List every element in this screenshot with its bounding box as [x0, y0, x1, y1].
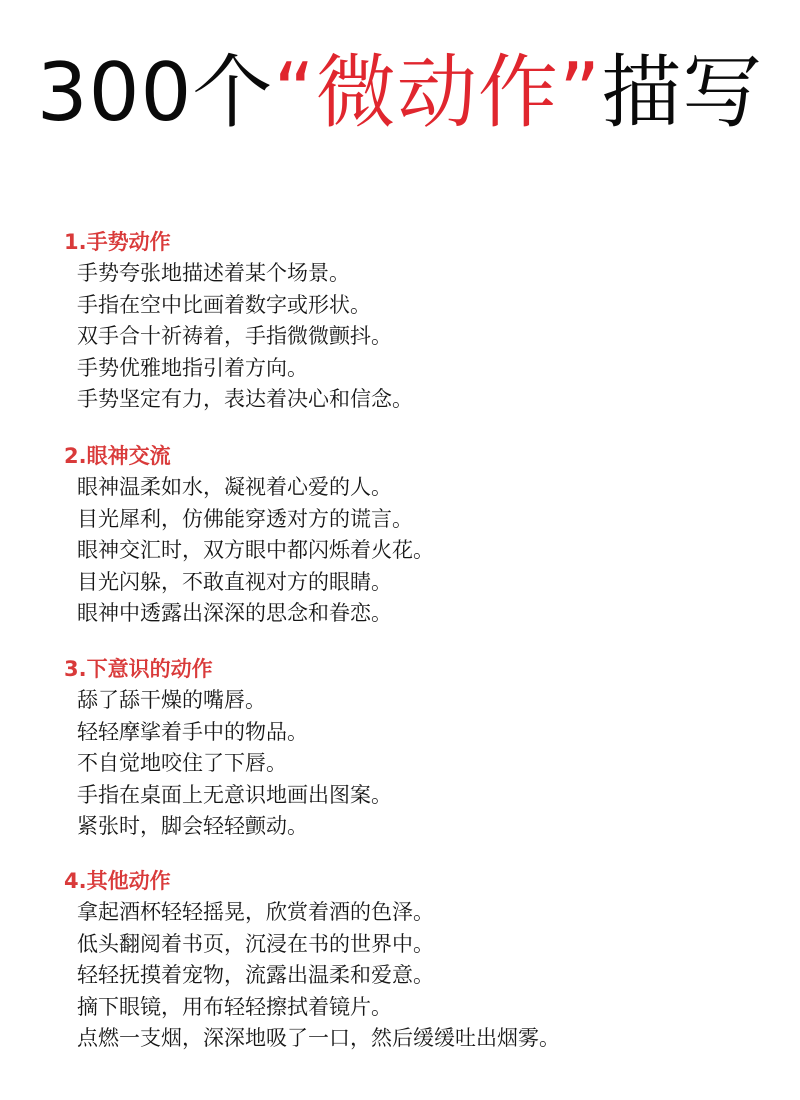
- list-item: 眼神交汇时，双方眼中都闪烁着火花。: [77, 535, 434, 567]
- list-item: 紧张时，脚会轻轻颤动。: [77, 811, 392, 843]
- section-subconscious: 3.下意识的动作 舔了舔干燥的嘴唇。 轻轻摩挲着手中的物品。 不自觉地咬住了下唇…: [64, 653, 392, 843]
- list-item: 轻轻摩挲着手中的物品。: [77, 717, 392, 749]
- list-item: 手指在桌面上无意识地画出图案。: [77, 780, 392, 812]
- section-heading: 4.其他动作: [64, 865, 560, 897]
- list-item: 目光闪躲，不敢直视对方的眼睛。: [77, 567, 434, 599]
- list-item: 双手合十祈祷着，手指微微颤抖。: [77, 321, 413, 353]
- page-title: 300个“微动作”描写: [0, 48, 800, 138]
- list-item: 眼神中透露出深深的思念和眷恋。: [77, 598, 434, 630]
- list-item: 拿起酒杯轻轻摇晃，欣赏着酒的色泽。: [77, 897, 560, 929]
- section-gesture: 1.手势动作 手势夸张地描述着某个场景。 手指在空中比画着数字或形状。 双手合十…: [64, 226, 413, 416]
- list-item: 目光犀利，仿佛能穿透对方的谎言。: [77, 504, 434, 536]
- section-other: 4.其他动作 拿起酒杯轻轻摇晃，欣赏着酒的色泽。 低头翻阅着书页，沉浸在书的世界…: [64, 865, 560, 1055]
- list-item: 手势夸张地描述着某个场景。: [77, 258, 413, 290]
- list-item: 低头翻阅着书页，沉浸在书的世界中。: [77, 929, 560, 961]
- section-eye-contact: 2.眼神交流 眼神温柔如水，凝视着心爱的人。 目光犀利，仿佛能穿透对方的谎言。 …: [64, 440, 434, 630]
- list-item: 轻轻抚摸着宠物，流露出温柔和爱意。: [77, 960, 560, 992]
- list-item: 不自觉地咬住了下唇。: [77, 748, 392, 780]
- list-item: 手指在空中比画着数字或形状。: [77, 290, 413, 322]
- section-heading: 2.眼神交流: [64, 440, 434, 472]
- section-heading: 1.手势动作: [64, 226, 413, 258]
- section-heading: 3.下意识的动作: [64, 653, 392, 685]
- list-item: 眼神温柔如水，凝视着心爱的人。: [77, 472, 434, 504]
- title-suffix: 描写: [601, 46, 763, 139]
- list-item: 舔了舔干燥的嘴唇。: [77, 685, 392, 717]
- list-item: 手势坚定有力，表达着决心和信念。: [77, 384, 413, 416]
- list-item: 摘下眼镜，用布轻轻擦拭着镜片。: [77, 992, 560, 1024]
- list-item: 点燃一支烟，深深地吸了一口，然后缓缓吐出烟雾。: [77, 1023, 560, 1055]
- list-item: 手势优雅地指引着方向。: [77, 353, 413, 385]
- title-prefix: 300个: [37, 46, 274, 139]
- title-highlight: “微动作”: [273, 46, 601, 139]
